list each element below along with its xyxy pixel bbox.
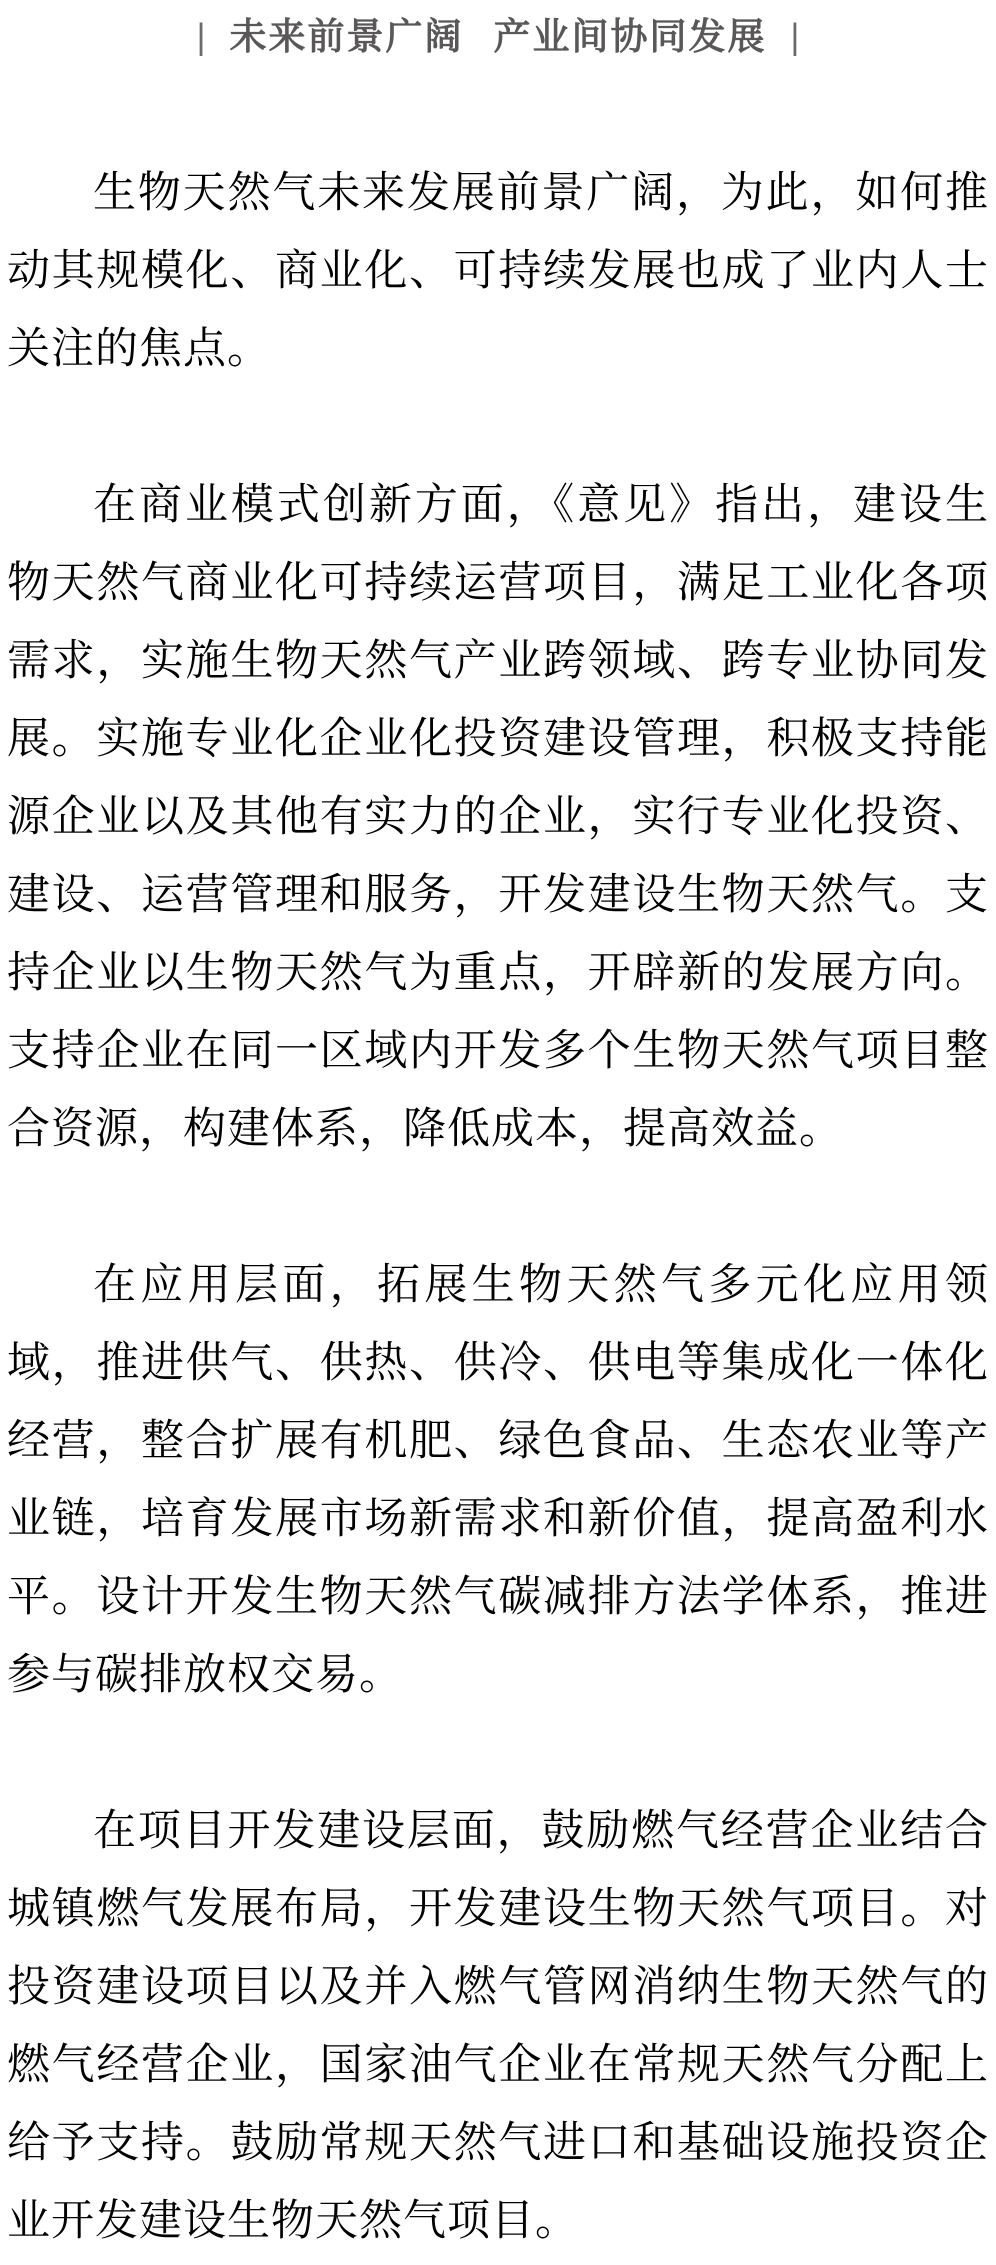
title-part-1: 未来前景广阔 <box>230 16 464 57</box>
title-left-bar-icon: | <box>197 13 206 61</box>
title-part-2: 产业间协同发展 <box>494 16 767 57</box>
paragraph-intro: 生物天然气未来发展前景广阔，为此，如何推动其规模化、商业化、可持续发展也成了业内… <box>7 154 989 388</box>
article-page: | 未来前景广阔产业间协同发展 | 生物天然气未来发展前景广阔，为此，如何推动其… <box>0 0 996 2265</box>
title-right-bar-icon: | <box>791 13 800 61</box>
article-title: 未来前景广阔产业间协同发展 <box>230 14 767 60</box>
paragraph-application: 在应用层面，拓展生物天然气多元化应用领域，推进供气、供热、供冷、供电等集成化一体… <box>7 1246 989 1714</box>
article-body: 生物天然气未来发展前景广阔，为此，如何推动其规模化、商业化、可持续发展也成了业内… <box>0 154 996 2260</box>
paragraph-project-development: 在项目开发建设层面，鼓励燃气经营企业结合城镇燃气发展布局，开发建设生物天然气项目… <box>7 1792 989 2260</box>
article-header: | 未来前景广阔产业间协同发展 | <box>0 0 996 60</box>
paragraph-business-model: 在商业模式创新方面，《意见》指出，建设生物天然气商业化可持续运营项目，满足工业化… <box>7 466 989 1168</box>
